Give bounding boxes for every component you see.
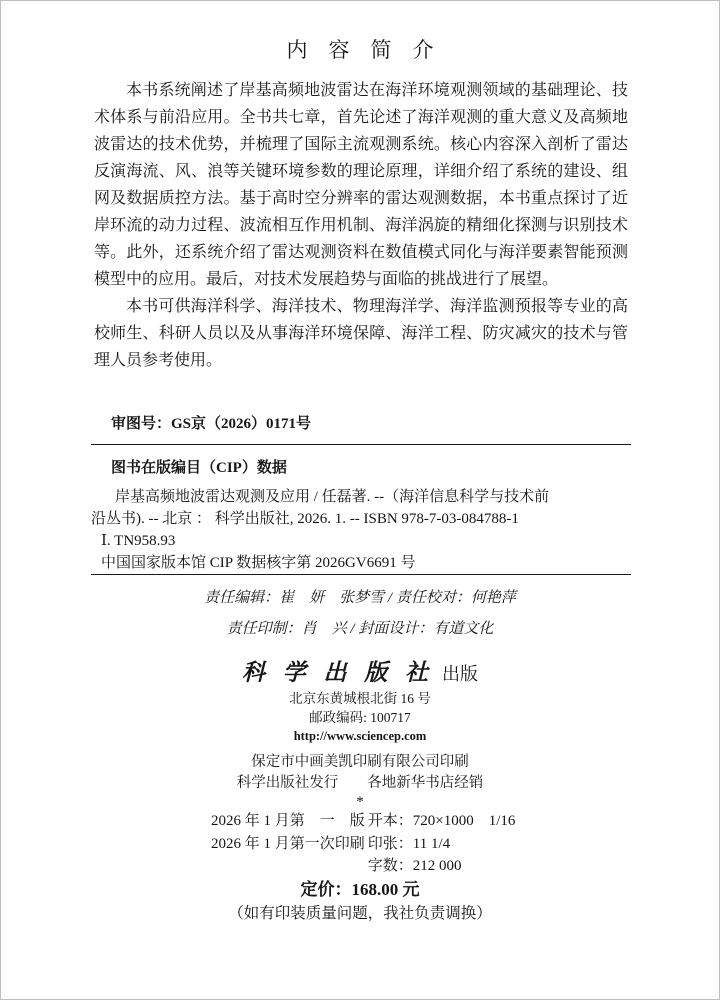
intro-block: 本书系统阐述了岸基高频地波雷达在海洋环境观测领域的基础理论、技术体系与前沿应用。… <box>94 77 628 374</box>
intro-paragraph-2: 本书可供海洋科学、海洋技术、物理海洋学、海洋监测预报等专业的高校师生、科研人员以… <box>94 293 628 374</box>
wordcount-row: 字数：212 000 <box>211 855 719 878</box>
publisher-address: 北京东黄城根北街 16 号 <box>1 690 719 709</box>
imprint-block: 2026 年 1 月第 一 版 开本：720×1000 1/16 2026 年 … <box>211 810 719 878</box>
copyright-page: 内 容 简 介 本书系统阐述了岸基高频地波雷达在海洋环境观测领域的基础理论、技术… <box>0 0 720 1000</box>
separator-star: * <box>1 794 719 810</box>
distribution-line: 科学出版社发行 各地新华书店经销 <box>1 773 719 794</box>
publisher-postcode: 邮政编码: 100717 <box>1 709 719 728</box>
map-approval-number: 审图号：GS京（2026）0171号 <box>111 414 719 435</box>
cip-line: 沿丛书). -- 北京 ： 科学出版社, 2026. 1. -- ISBN 97… <box>91 508 719 530</box>
cip-line: Ⅰ. TN958.93 <box>91 530 719 552</box>
printer-line: 保定市中画美凯印刷有限公司印刷 <box>1 752 719 773</box>
intro-title: 内 容 简 介 <box>1 37 719 63</box>
wordcount-right: 字数：212 000 <box>368 858 462 874</box>
horizontal-rule-top <box>91 444 631 445</box>
staff-credits-line-2: 责任印制：肖 兴 / 封面设计：有道文化 <box>1 614 719 645</box>
printing-left: 2026 年 1 月第一次印刷 <box>211 833 364 856</box>
intro-paragraph-1: 本书系统阐述了岸基高频地波雷达在海洋环境观测领域的基础理论、技术体系与前沿应用。… <box>94 77 628 293</box>
publisher-line: 科 学 出 版 社 出版 <box>1 659 719 690</box>
publisher-suffix: 出版 <box>442 664 478 684</box>
cip-line: 中国国家版本馆 CIP 数据核字第 2026GV6691 号 <box>91 552 719 574</box>
cip-line: 岸基高频地波雷达观测及应用 / 任磊著. --（海洋信息科学与技术前 <box>91 486 719 508</box>
edition-row: 2026 年 1 月第 一 版 开本：720×1000 1/16 <box>211 810 719 833</box>
publisher-url: http://www.sciencep.com <box>1 727 719 745</box>
sheets-right: 印张：11 1/4 <box>368 836 450 852</box>
staff-credits: 责任编辑：崔 妍 张梦雪 / 责任校对：何艳萍 责任印制：肖 兴 / 封面设计：… <box>1 583 719 645</box>
exchange-notice: （如有印装质量问题，我社负责调换） <box>1 903 719 925</box>
price-line: 定价：168.00 元 <box>1 878 719 901</box>
format-right: 开本：720×1000 1/16 <box>368 813 516 829</box>
horizontal-rule-bottom <box>91 574 631 575</box>
printing-row: 2026 年 1 月第一次印刷 印张：11 1/4 <box>211 833 719 856</box>
edition-left: 2026 年 1 月第 一 版 <box>211 810 364 833</box>
cip-heading: 图书在版编目（CIP）数据 <box>111 458 719 479</box>
publisher-logo: 科 学 出 版 社 <box>242 660 434 685</box>
cip-block: 岸基高频地波雷达观测及应用 / 任磊著. --（海洋信息科学与技术前 沿丛书).… <box>91 486 719 574</box>
staff-credits-line-1: 责任编辑：崔 妍 张梦雪 / 责任校对：何艳萍 <box>1 583 719 614</box>
